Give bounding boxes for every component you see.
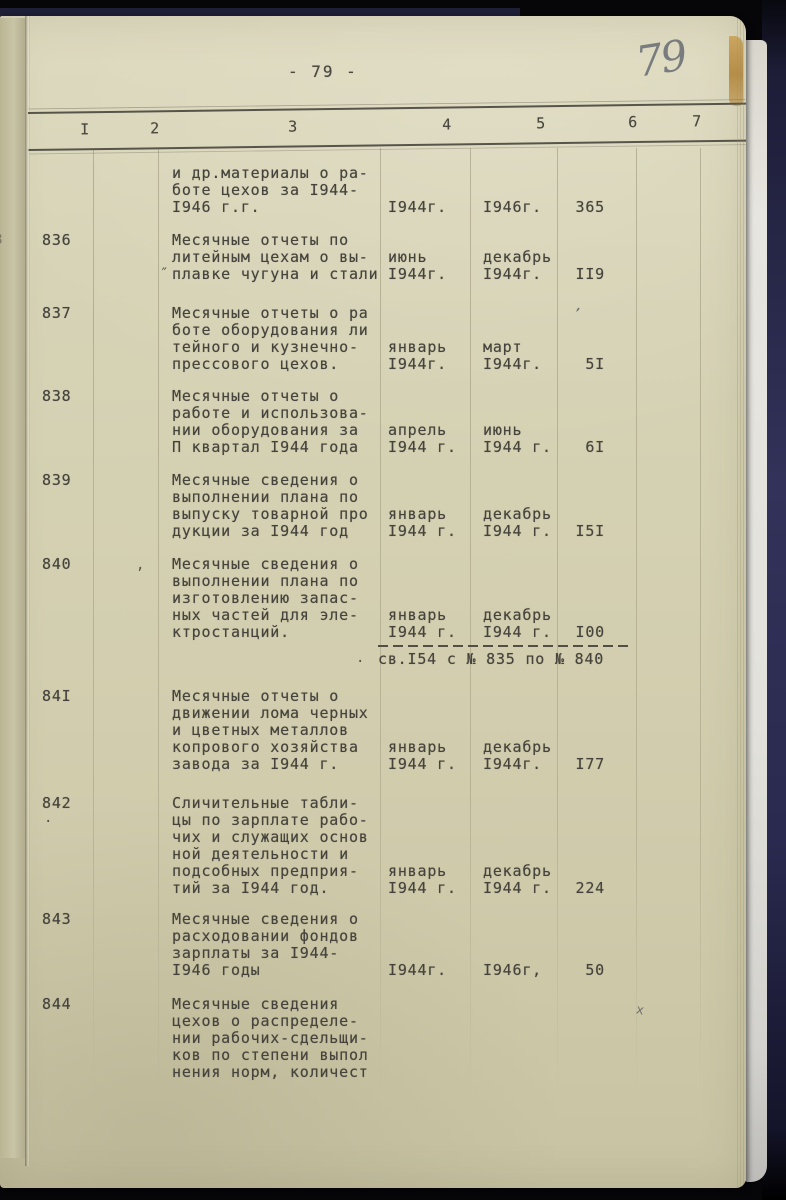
start-date-cell: январьI944 г. xyxy=(388,607,483,641)
typed-page-number: - 79 - xyxy=(288,62,358,81)
description-line: зарплаты за I944- xyxy=(172,945,388,962)
end-month: июнь xyxy=(483,422,570,439)
table-row: и др.материалы о ра-боте цехов за I944-I… xyxy=(0,165,746,216)
count-cell: 50 xyxy=(570,962,625,979)
end-date-cell: I946г, xyxy=(483,962,570,979)
end-year: I944г. xyxy=(483,266,570,283)
description-cell: Месячные сведения овыполнении плана поиз… xyxy=(172,556,388,641)
start-year: I944г. xyxy=(388,266,483,283)
description-line: П квартал I944 года xyxy=(172,439,388,456)
end-month: декабрь xyxy=(483,249,570,266)
end-year: I946г. xyxy=(483,199,570,216)
document-page: - 79 - 79 I 2 3 4 5 6 7 и др.материалы о… xyxy=(0,16,746,1188)
book-cover-top-edge xyxy=(0,8,520,16)
description-line: подсобных предприя- xyxy=(172,863,388,880)
start-year: I944г. xyxy=(388,356,483,373)
description-cell: Месячные отчеты оработе и использова-нии… xyxy=(172,388,388,456)
description-line: и др.материалы о ра- xyxy=(172,165,388,182)
description-line: Месячные сведения о xyxy=(172,556,388,573)
description-line: и цветных металлов xyxy=(172,722,388,739)
stray-middot-mark: · xyxy=(44,814,52,830)
column-header-5: 5 xyxy=(536,114,545,132)
count-cell: 365 xyxy=(570,199,625,216)
start-date-cell: апрельI944 г. xyxy=(388,422,483,456)
description-line: Месячные отчеты о xyxy=(172,688,388,705)
description-line: изготовлению запас- xyxy=(172,590,388,607)
description-line: расходовании фондов xyxy=(172,928,388,945)
description-line: ков по степени выпол xyxy=(172,1047,388,1064)
previous-page-digit: 8 xyxy=(0,232,2,248)
end-month: декабрь xyxy=(483,739,570,756)
table-body: и др.материалы о ра-боте цехов за I944-I… xyxy=(0,165,746,1081)
table-row: 838Месячные отчеты оработе и использова-… xyxy=(0,388,746,456)
column-header-6: 6 xyxy=(628,113,637,131)
scanned-page-photo: - 79 - 79 I 2 3 4 5 6 7 и др.материалы о… xyxy=(0,0,786,1200)
start-year: I944 г. xyxy=(388,756,483,773)
end-date-cell: декабрьI944 г. xyxy=(483,506,570,540)
description-line: тейного и кузнечно- xyxy=(172,339,388,356)
end-year: I944 г. xyxy=(483,439,570,456)
description-line: ных частей для эле- xyxy=(172,607,388,624)
description-line: завода за I944 г. xyxy=(172,756,388,773)
description-line: боте оборудования ли xyxy=(172,322,388,339)
end-year: I944г. xyxy=(483,756,570,773)
end-date-cell: мартI944г. xyxy=(483,339,570,373)
start-year: I944 г. xyxy=(388,439,483,456)
description-cell: Сличительные табли-цы по зарплате рабо-ч… xyxy=(172,795,388,897)
summary-block: св.I54 с № 835 по № 840 xyxy=(378,645,628,668)
description-line: ктростанций. xyxy=(172,624,388,641)
end-year: I944 г. xyxy=(483,624,570,641)
start-month: январь xyxy=(388,863,483,880)
start-month: январь xyxy=(388,506,483,523)
description-line: Месячные отчеты о xyxy=(172,388,388,405)
description-cell: Месячные сведенияцехов о распределе-нии … xyxy=(172,996,388,1081)
count-cell: II9 xyxy=(570,266,625,283)
start-date-cell: I944г. xyxy=(388,199,483,216)
count-cell: I77 xyxy=(570,756,625,773)
description-line: выполнении плана по xyxy=(172,573,388,590)
description-line: работе и использова- xyxy=(172,405,388,422)
count-cell: 224 xyxy=(570,880,625,897)
record-number-cell: 839 xyxy=(0,472,172,489)
table-row: 839Месячные сведения овыполнении плана п… xyxy=(0,472,746,540)
description-line: ной деятельности и xyxy=(172,846,388,863)
handwritten-page-number: 79 xyxy=(632,30,689,86)
record-number-cell: 840 xyxy=(0,556,172,573)
stray-dot-mark: . xyxy=(356,650,364,666)
description-line: I946 г.г. xyxy=(172,199,388,216)
description-cell: Месячные отчеты о работе оборудования ли… xyxy=(172,305,388,373)
description-cell: и др.материалы о ра-боте цехов за I944-I… xyxy=(172,165,388,216)
under-page-edge xyxy=(744,40,767,1182)
start-month: апрель xyxy=(388,422,483,439)
column-header-3: 3 xyxy=(288,117,297,135)
end-year: I944 г. xyxy=(483,523,570,540)
description-line: Месячные отчеты о ра xyxy=(172,305,388,322)
description-line: копрового хозяйства xyxy=(172,739,388,756)
description-line: литейным цехам о вы- xyxy=(172,249,388,266)
description-line: Месячные сведения о xyxy=(172,911,388,928)
table-row: 836Месячные отчеты политейным цехам о вы… xyxy=(0,232,746,283)
description-line: нения норм, количест xyxy=(172,1064,388,1081)
description-cell: Месячные сведения орасходовании фондовза… xyxy=(172,911,388,979)
count-cell: I00 xyxy=(570,624,625,641)
count-cell: I5I xyxy=(570,523,625,540)
column-header-2: 2 xyxy=(150,119,159,137)
end-date-cell: декабрьI944г. xyxy=(483,249,570,283)
end-month: декабрь xyxy=(483,607,570,624)
start-month: июнь xyxy=(388,249,483,266)
record-number-cell: 838 xyxy=(0,388,172,405)
stray-comma-mark: , xyxy=(136,557,144,573)
description-line: чих и служащих основ xyxy=(172,829,388,846)
description-line: боте цехов за I944- xyxy=(172,182,388,199)
description-line: выпуску товарной про xyxy=(172,506,388,523)
description-cell: Месячные отчеты одвижении лома черныхи ц… xyxy=(172,688,388,773)
end-month: март xyxy=(483,339,570,356)
start-year: I944 г. xyxy=(388,523,483,540)
end-date-cell: I946г. xyxy=(483,199,570,216)
description-line: выполнении плана по xyxy=(172,489,388,506)
start-month: январь xyxy=(388,339,483,356)
start-date-cell: I944г. xyxy=(388,962,483,979)
start-date-cell: январьI944 г. xyxy=(388,506,483,540)
end-month: декабрь xyxy=(483,506,570,523)
description-line: движении лома черных xyxy=(172,705,388,722)
record-number-cell: 84I xyxy=(0,688,172,705)
description-line: плавке чугуна и стали xyxy=(172,266,388,283)
record-number-cell: 844 xyxy=(0,996,172,1013)
end-date-cell: декабрьI944 г. xyxy=(483,607,570,641)
description-cell: Месячные сведения овыполнении плана повы… xyxy=(172,472,388,540)
description-line: тий за I944 год. xyxy=(172,880,388,897)
end-year: I944г. xyxy=(483,356,570,373)
description-line: I946 годы xyxy=(172,962,388,979)
description-line: Месячные сведения о xyxy=(172,472,388,489)
end-month: декабрь xyxy=(483,863,570,880)
record-number-cell: 842 xyxy=(0,795,172,812)
column-header-4: 4 xyxy=(442,115,451,133)
description-line: нии оборудования за xyxy=(172,422,388,439)
description-line: Месячные отчеты по xyxy=(172,232,388,249)
table-row: 842Сличительные табли-цы по зарплате раб… xyxy=(0,795,746,897)
start-date-cell: июньI944г. xyxy=(388,249,483,283)
table-row: 84IМесячные отчеты одвижении лома черных… xyxy=(0,688,746,773)
count-cell: 6I xyxy=(570,439,625,456)
description-line: дукции за I944 год xyxy=(172,523,388,540)
start-date-cell: январьI944г. xyxy=(388,339,483,373)
start-date-cell: январьI944 г. xyxy=(388,863,483,897)
worn-corner-chip xyxy=(729,36,743,106)
start-month: январь xyxy=(388,739,483,756)
ditto-mark: ″ xyxy=(160,266,168,282)
table-row: 843Месячные сведения орасходовании фондо… xyxy=(0,911,746,979)
description-line: нии рабочих-сдельщи- xyxy=(172,1030,388,1047)
start-date-cell: январьI944 г. xyxy=(388,739,483,773)
column-header-1: I xyxy=(80,120,89,138)
end-date-cell: декабрьI944г. xyxy=(483,739,570,773)
description-cell: Месячные отчеты политейным цехам о вы-пл… xyxy=(172,232,388,283)
table-top-rule xyxy=(28,103,746,114)
start-year: I944г. xyxy=(388,962,483,979)
record-number-cell: 837 xyxy=(0,305,172,322)
column-header-7: 7 xyxy=(692,112,701,130)
description-line: прессового цехов. xyxy=(172,356,388,373)
count-cell: 5I xyxy=(570,356,625,373)
end-year: I946г, xyxy=(483,962,570,979)
end-year: I944 г. xyxy=(483,880,570,897)
table-row: 837Месячные отчеты о работе оборудования… xyxy=(0,305,746,373)
summary-dashed-rule xyxy=(378,645,628,647)
record-number-cell: 836 xyxy=(0,232,172,249)
start-month: январь xyxy=(388,607,483,624)
table-row: 840Месячные сведения овыполнении плана п… xyxy=(0,556,746,641)
start-year: I944 г. xyxy=(388,624,483,641)
description-line: цы по зарплате рабо- xyxy=(172,812,388,829)
end-date-cell: декабрьI944 г. xyxy=(483,863,570,897)
start-year: I944 г. xyxy=(388,880,483,897)
table-row: 844Месячные сведенияцехов о распределе-н… xyxy=(0,996,746,1081)
table-header: I 2 3 4 5 6 7 xyxy=(28,103,746,158)
description-line: Сличительные табли- xyxy=(172,795,388,812)
description-line: цехов о распределе- xyxy=(172,1013,388,1030)
table-header-rule xyxy=(28,140,746,151)
description-line: Месячные сведения xyxy=(172,996,388,1013)
summary-text: св.I54 с № 835 по № 840 xyxy=(378,651,628,668)
start-year: I944г. xyxy=(388,199,483,216)
record-number-cell: 843 xyxy=(0,911,172,928)
end-date-cell: июньI944 г. xyxy=(483,422,570,456)
